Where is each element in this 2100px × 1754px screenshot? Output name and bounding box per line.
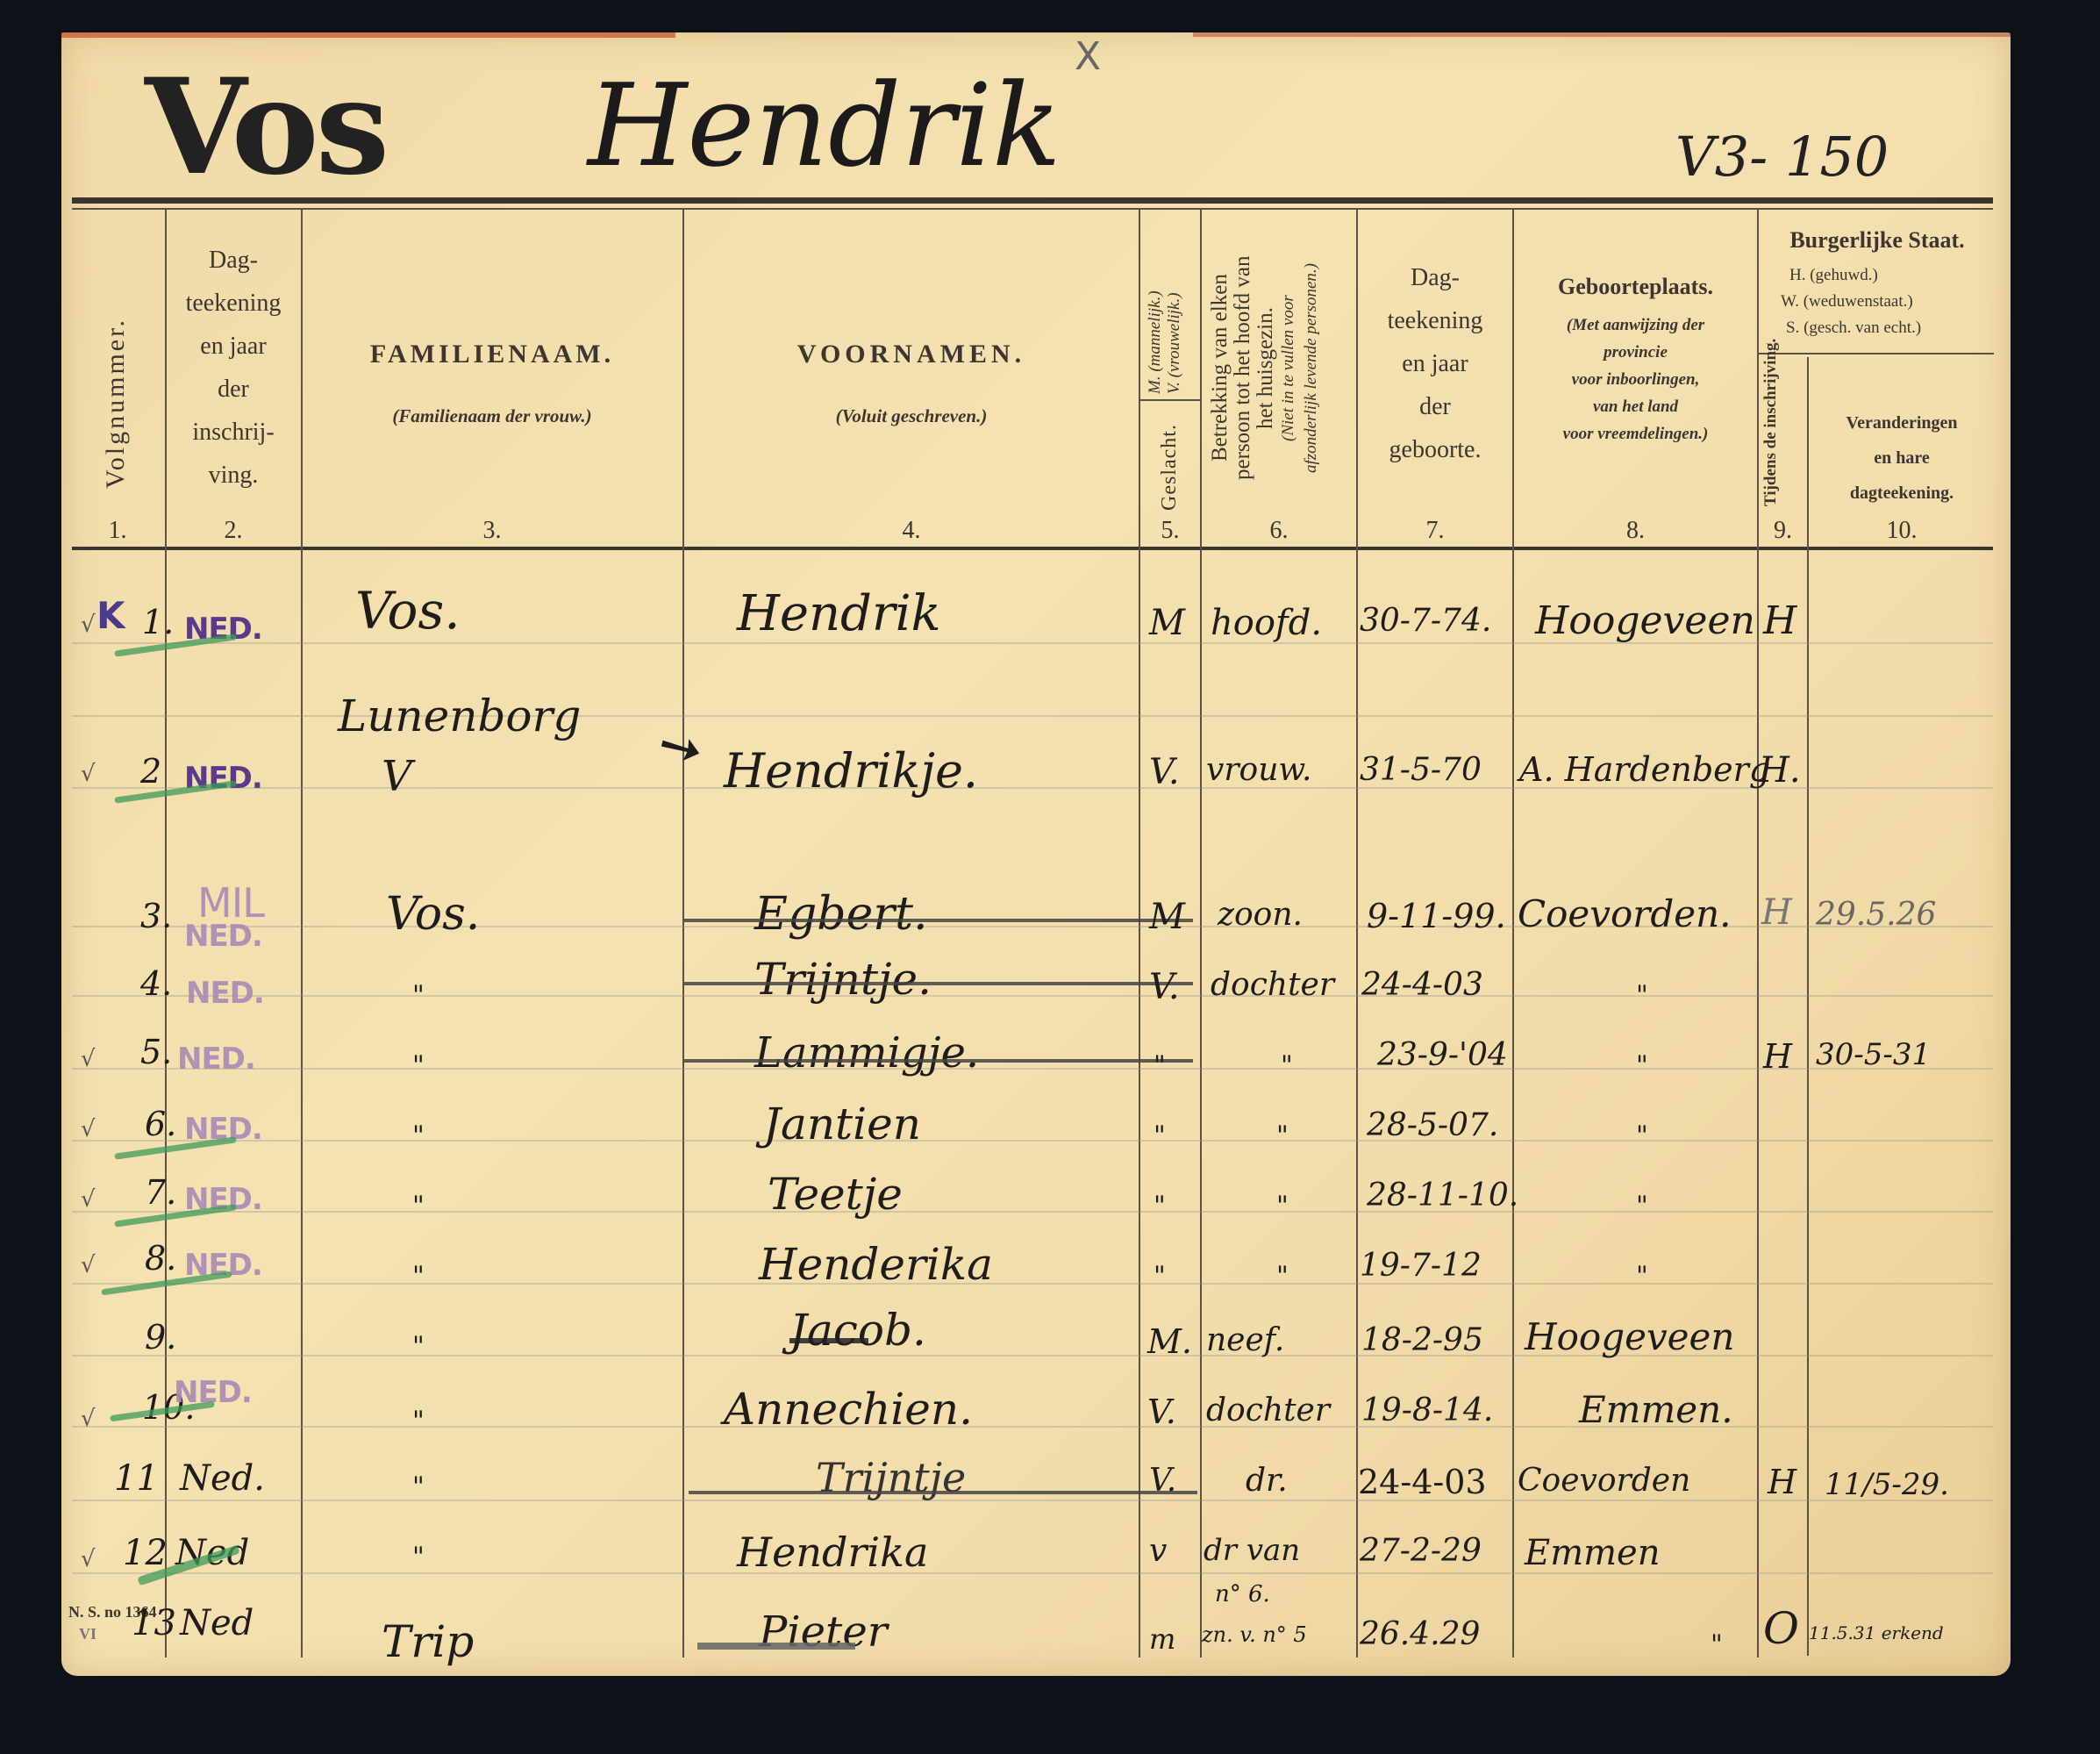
row-guide [72,995,1993,997]
header-col7-line: teekening [1358,299,1512,342]
row-guide [72,1140,1993,1142]
nationality-stamp: NED. [177,1042,255,1077]
betrekking-ditto: " [1276,1120,1289,1151]
header-geboorteplaats: Geboorteplaats. [1514,274,1757,300]
geboortedatum: 23-9-'04 [1377,1037,1508,1073]
geslacht: M [1149,897,1185,937]
geslacht: V. [1149,967,1180,1007]
header-betrekking-note: afzonderlijk levende personen.) [1302,263,1320,473]
geslacht: M [1149,603,1185,643]
column-number: 2. [167,517,300,545]
header-geboorteplaats-sub: (Met aanwijzing der provincie voor inboo… [1514,311,1757,447]
voornamen: Hendrika [737,1528,928,1576]
betrekking: vrouw. [1206,752,1311,788]
geboortedatum: 24-4-03 [1358,1463,1487,1501]
betrekking: zn. v. n° 5 [1202,1622,1307,1647]
familienaam: Vos. [355,581,461,641]
geboorteplaats-ditto: " [1711,1629,1723,1660]
header-geslacht-m: M. (mannelijk.) [1146,290,1164,394]
header-burgerlijke-staat: Burgerlijke Staat. [1759,227,1996,254]
geslacht-ditto: " [1154,1191,1166,1221]
header-familienaam: FAMILIENAAM. [303,340,682,369]
row-number: 6. [145,1105,176,1143]
col-divider [1139,210,1140,1657]
geboorteplaats: A. Hardenberg [1519,750,1770,789]
column-number: 3. [303,517,682,545]
familienaam-ditto: " [412,1191,425,1221]
geboorteplaats: Coevorden [1518,1463,1690,1499]
header-bs-options: H. (gehuwd.) W. (weduwenstaat.) S. (gesc… [1781,262,1996,341]
voornamen: Lammigje. [754,1028,979,1077]
row-guide [72,1283,1993,1285]
header-geslacht: Geslacht. [1158,405,1182,511]
header-voornamen: VOORNAMEN. [684,340,1139,369]
betrekking: dr. [1246,1463,1288,1499]
check-mark-icon: √ [81,1406,96,1432]
geslacht-divider [1139,399,1200,401]
strikethrough-line [684,1059,1193,1063]
row-guide [72,1500,1993,1501]
burgerlijke-staat: H [1761,892,1792,933]
corner-x-mark: X [1075,34,1101,79]
geslacht-ditto: " [1154,1050,1166,1081]
row-number: 7. [145,1173,176,1212]
column-number: 6. [1202,517,1356,545]
familienaam-ditto: " [412,1406,425,1436]
geboortedatum: 30-7-74. [1360,603,1491,639]
geboorteplaats: Emmen [1525,1533,1661,1573]
check-mark-icon: √ [81,1116,96,1142]
geboortedatum: 27-2-29 [1360,1533,1482,1569]
header-top-rule-thin [72,208,1993,210]
voornamen: Jacob. [789,1305,926,1356]
register-card: Vos Hendrik X V3- 150 Volgnummer. Dag- t… [61,32,2011,1676]
header-col7-line: en jaar [1358,342,1512,385]
veranderingen: 11/5-29. [1825,1467,1949,1502]
familienaam-ditto: " [412,1261,425,1292]
nationality-handwritten: Ned. [180,1458,265,1499]
geslacht: V. [1149,752,1180,792]
burgerlijke-staat: H [1763,598,1796,643]
header-col2-line: en jaar [167,325,300,368]
header-col2-line: der [167,368,300,411]
strikethrough-line [689,1491,1197,1494]
familienaam-ditto: " [412,1331,425,1362]
header-familienaam-sub: (Familienaam der vrouw.) [303,405,682,427]
check-mark-icon: √ [81,1186,96,1213]
header-col8-line: voor vreemdelingen.) [1514,420,1757,447]
geslacht: V. [1149,1463,1176,1499]
header-betrekking: Betrekking van elkenpersoon tot het hoof… [1209,221,1323,515]
header-volgnummer: Volgnummer. [101,278,131,489]
geslacht: V. [1147,1392,1176,1431]
familienaam: V [382,752,412,801]
header-geslacht-v: V. (vrouwelijk.) [1165,292,1183,394]
col-divider [1807,357,1809,1656]
header-col10-line: Veranderingen [1809,405,1995,440]
row-number: 9. [145,1318,176,1357]
geboortedatum: 24-4-03 [1361,967,1483,1003]
header-col2-line: inschrij- [167,411,300,454]
row-guide [72,1211,1993,1213]
header-bs-w: W. (weduwenstaat.) [1781,289,1996,315]
geboortedatum: 26.4.29 [1360,1616,1480,1652]
header-col7: Dag- teekening en jaar der geboorte. [1358,256,1512,471]
betrekking: neef. [1206,1322,1284,1358]
geboorteplaats-ditto: " [1636,1050,1648,1081]
form-print-code-2: VI [79,1625,96,1643]
row-number: 13 [132,1603,176,1643]
header-col10-line: dagteekening. [1809,476,1995,511]
header-col2-line: ving. [167,454,300,497]
burgerlijke-staat-divider [1757,353,1994,354]
card-surname: Vos [145,50,386,204]
familienaam-ditto: " [412,980,425,1011]
nationality-handwritten: Ned [180,1603,254,1643]
header-col8-line: voor inboorlingen, [1514,366,1757,393]
geboorteplaats: Hoogeveen [1535,598,1755,643]
betrekking: dochter [1211,967,1334,1003]
betrekking-ditto: " [1276,1261,1289,1292]
voornamen: Trijntje. [754,954,932,1005]
header-veranderingen: Veranderingen en hare dagteekening. [1809,405,1995,511]
geboorteplaats: Hoogeveen [1525,1315,1734,1358]
voornamen: Egbert. [754,888,928,941]
strikethrough-line [697,1643,855,1650]
betrekking: zoon. [1218,897,1303,933]
header-betrekking-line: persoon tot het hoofd van [1231,256,1254,481]
header-col10-line: en hare [1809,440,1995,476]
burgerlijke-staat: H. [1759,750,1801,791]
header-col8-line: (Met aanwijzing der [1514,311,1757,339]
geboorteplaats-ditto: " [1636,1120,1648,1151]
familienaam-ditto: " [412,1050,425,1081]
header-top-rule [72,197,1993,204]
strikethrough-line [789,1338,868,1343]
column-number: 8. [1514,517,1757,545]
col-divider [1200,210,1202,1657]
header-voornamen-sub: (Voluit geschreven.) [684,405,1139,427]
geslacht: v [1149,1533,1167,1569]
nationality-stamp: NED. [184,919,262,954]
row-guide [72,1572,1993,1574]
header-col2-line: Dag- [167,239,300,282]
voornamen: Hendrikje. [724,743,978,798]
veranderingen: 30-5-31 [1816,1037,1931,1072]
geboorteplaats: Emmen. [1579,1388,1733,1431]
check-mark-icon: √ [81,1252,96,1278]
betrekking: dr van [1204,1533,1300,1568]
familienaam: Trip [382,1616,474,1667]
row-number: 8. [145,1239,176,1278]
header-col2-line: teekening [167,282,300,325]
voornamen: Henderika [759,1239,993,1290]
strikethrough-line [684,982,1193,985]
voornamen: Hendrik [737,585,941,642]
row-number: 4. [140,964,172,1003]
header-bs-h: H. (gehuwd.) [1781,262,1996,289]
voornamen: Jantien [763,1099,921,1149]
header-geslacht-mv: M. (mannelijk.)V. (vrouwelijk.) [1146,218,1184,394]
geboorteplaats-ditto: " [1636,1191,1648,1221]
col-divider [1757,210,1759,1657]
geboorteplaats-ditto: " [1636,980,1648,1011]
voornamen: Annechien. [724,1384,973,1435]
column-number: 5. [1140,517,1200,545]
geslacht: M. [1147,1322,1192,1361]
column-number: 1. [70,517,165,545]
geboortedatum: 28-5-07. [1367,1107,1498,1143]
row-number: 2 [140,752,161,791]
geboortedatum: 31-5-70 [1360,752,1482,788]
header-col7-line: Dag- [1358,256,1512,299]
geslacht-ditto: " [1154,1120,1166,1151]
familienaam-ditto: " [412,1471,425,1502]
reference-number: V3- 150 [1675,125,1889,189]
burgerlijke-staat: H [1768,1463,1796,1501]
header-col2: Dag- teekening en jaar der inschrij- vin… [167,239,300,497]
strikethrough-line [684,919,1193,922]
familienaam: Vos. [386,888,480,941]
geboortedatum: 18-2-95 [1361,1322,1483,1358]
check-mark-icon: √ [81,761,96,787]
top-edge-band-right [1193,32,2011,37]
card-given-name: Hendrik [588,59,1061,192]
stamp-k: K [96,594,125,637]
geslacht-ditto: " [1154,1261,1166,1292]
arrow-icon: ➘ [646,710,715,785]
row-number: 11 [114,1458,159,1499]
header-tijdens-inschrijving: Tijdens de inschrijving. [1761,379,1780,506]
betrekking: hoofd. [1211,603,1322,643]
column-number: 7. [1358,517,1512,545]
header-col8-line: van het land [1514,393,1757,420]
row-number: 1. [142,603,174,641]
top-edge-band [61,32,675,38]
betrekking-ref: n° 6. [1215,1581,1270,1607]
check-mark-icon: √ [81,1046,96,1072]
column-number: 4. [684,517,1139,545]
header-bs-s: S. (gesch. van echt.) [1781,315,1996,341]
betrekking: dochter [1206,1392,1330,1428]
row-guide [72,1068,1993,1070]
header-col7-line: geboorte. [1358,428,1512,471]
header-col8-line: provincie [1514,339,1757,366]
burgerlijke-staat: O [1763,1603,1799,1654]
header-bottom-rule [72,547,1993,550]
header-betrekking-line: Betrekking van elken [1208,275,1232,462]
burgerlijke-staat: H [1763,1037,1792,1076]
familienaam-ditto: " [412,1542,425,1572]
familienaam-ditto: " [412,1120,425,1151]
geboortedatum: 28-11-10. [1367,1178,1518,1213]
row-number: 3. [140,897,172,935]
betrekking-ditto: " [1281,1050,1293,1081]
check-mark-icon: √ [81,1546,96,1572]
column-number: 9. [1759,517,1807,545]
header-betrekking-note: (Niet in te vullen voor [1279,295,1297,441]
familienaam-wife: Lunenborg [338,691,581,741]
column-number: 10. [1809,517,1995,545]
nationality-stamp: NED. [186,976,264,1011]
geboorteplaats-ditto: " [1636,1261,1648,1292]
veranderingen: 29.5.26 [1816,897,1936,933]
betrekking-ditto: " [1276,1191,1289,1221]
header-col7-line: der [1358,385,1512,428]
geboortedatum: 19-7-12 [1360,1248,1482,1284]
geboortedatum: 9-11-99. [1367,897,1506,935]
check-mark-icon: √ [81,612,96,638]
geboortedatum: 19-8-14. [1361,1392,1493,1428]
geboorteplaats: Coevorden. [1518,892,1732,935]
voornamen: Teetje [768,1169,903,1220]
veranderingen: 11.5.31 erkend [1809,1622,1944,1643]
geslacht: m [1149,1622,1175,1656]
row-number: 12 [123,1533,168,1573]
row-number: 5. [140,1033,172,1071]
header-betrekking-line: het huisgezin. [1254,307,1277,429]
